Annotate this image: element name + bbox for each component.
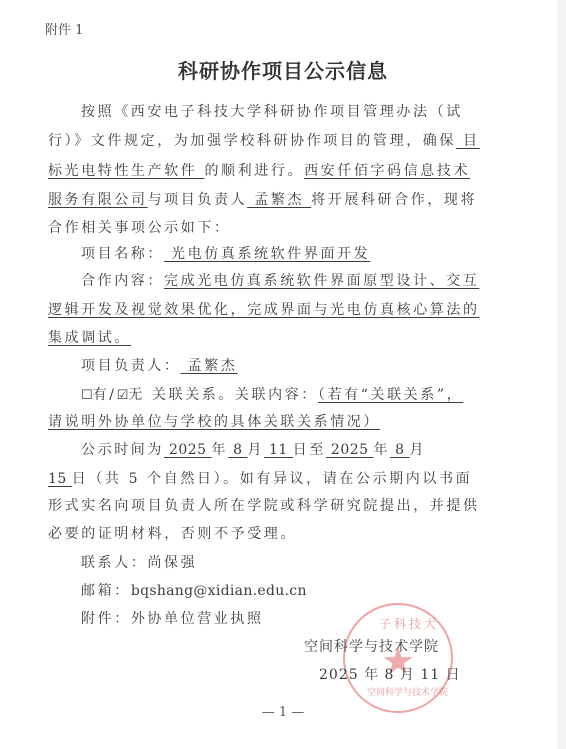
project-name-row: 项目名称： 光电仿真系统软件界面开发 xyxy=(81,243,501,263)
leader-name-field: 孟繁杰 xyxy=(247,192,311,208)
project-purpose-field-cont: 标光电特性生产软件 xyxy=(48,163,204,179)
period-row-2: 15 日（共 5 个自然日）。如有异议，请在公示期内以书面 xyxy=(48,468,468,488)
content-row-3: 集成调试。 xyxy=(48,327,468,347)
attachment-value: 外协单位营业执照 xyxy=(131,611,264,627)
leader-label: 项目负责人： xyxy=(81,358,181,374)
intro-line-1: 按照《西安电子科技大学科研协作项目管理办法（试 xyxy=(81,101,501,121)
seal-bottom-text: 空间科学与技术学院 xyxy=(367,685,448,698)
intro-line-5: 合作相关事项公示如下： xyxy=(48,217,468,237)
content-row: 合作内容：完成光电仿真系统软件界面原型设计、交互 xyxy=(81,270,501,290)
email-row: 邮箱：bqshang@xidian.edu.cn xyxy=(81,580,501,600)
checkbox-checked-icon: ☑ xyxy=(117,388,129,403)
intro-line-2: 行）》文件规定，为加强学校科研协作项目的管理，确保 目 xyxy=(48,130,468,150)
attachment-label: 附件： xyxy=(81,611,131,627)
attachment-number-label: 附件 1 xyxy=(45,19,83,38)
relation-row: ☐有/☑无 关联关系。关联内容：（若有“关联关系”， xyxy=(81,384,501,404)
period-row-3: 形式实名向项目负责人所在学院或科学研究院提出，并提供 xyxy=(48,495,468,515)
project-purpose-field: 目 xyxy=(456,133,480,149)
period-row: 公示时间为 2025 年 8 月 11 日至 2025 年 8 月 xyxy=(81,439,501,459)
partner-company-field: 西安仟佰字码信息技术 xyxy=(304,163,470,179)
leader-value: 孟繁杰 xyxy=(181,358,238,374)
project-name-label: 项目名称： xyxy=(81,246,164,262)
email-label: 邮箱： xyxy=(81,583,131,599)
start-year: 2025 xyxy=(164,442,212,458)
contact-label: 联系人： xyxy=(81,555,147,571)
content-value-3: 集成调试。 xyxy=(48,330,131,346)
seal-top-text: 子科技大 xyxy=(379,615,439,632)
relation-no-label: 无 xyxy=(128,387,145,403)
page-number: — 1 — xyxy=(0,705,566,720)
start-month: 8 xyxy=(228,442,247,458)
period-row-4: 必要的证明材料，否则不予受理。 xyxy=(48,523,468,543)
relation-yes-label: 有/ xyxy=(93,387,117,403)
content-value-1: 完成光电仿真系统软件界面原型设计、交互 xyxy=(164,273,479,289)
intro-line-3: 标光电特性生产软件 的顺利进行。西安仟佰字码信息技术 xyxy=(48,160,468,180)
relation-content-2: 请说明外协单位与学校的具体关联关系情况） xyxy=(48,414,380,430)
signature-date: 2025 年 8 月 11 日 xyxy=(319,664,461,684)
leader-row: 项目负责人： 孟繁杰 xyxy=(81,355,501,375)
document-title: 科研协作项目公示信息 xyxy=(0,55,566,84)
start-day: 11 xyxy=(264,442,293,458)
relation-row-2: 请说明外协单位与学校的具体关联关系情况） xyxy=(48,411,468,431)
relation-content-1: （若有“关联关系”， xyxy=(318,387,463,403)
contact-row: 联系人：尚保强 xyxy=(81,552,501,572)
page-edge xyxy=(557,0,566,749)
contact-value: 尚保强 xyxy=(147,555,197,571)
checkbox-unchecked-icon: ☐ xyxy=(81,388,93,403)
project-name-value: 光电仿真系统软件界面开发 xyxy=(164,246,370,262)
end-day: 15 xyxy=(48,471,72,487)
partner-company-field-cont: 服务有限公司 xyxy=(48,192,148,208)
end-year: 2025 xyxy=(326,442,374,458)
intro-line-4: 服务有限公司与项目负责人 孟繁杰 将开展科研合作，现将 xyxy=(48,189,468,209)
end-month: 8 xyxy=(390,442,409,458)
signature-org: 空间科学与技术学院 xyxy=(304,636,439,656)
official-seal: 子科技大 ★ 空间科学与技术学院 xyxy=(343,603,453,713)
content-label: 合作内容： xyxy=(81,273,164,289)
email-value: bqshang@xidian.edu.cn xyxy=(131,583,307,599)
content-value-2: 逻辑开发及视觉效果优化，完成界面与光电仿真核心算法的 xyxy=(48,302,480,318)
content-row-2: 逻辑开发及视觉效果优化，完成界面与光电仿真核心算法的 xyxy=(48,299,468,319)
